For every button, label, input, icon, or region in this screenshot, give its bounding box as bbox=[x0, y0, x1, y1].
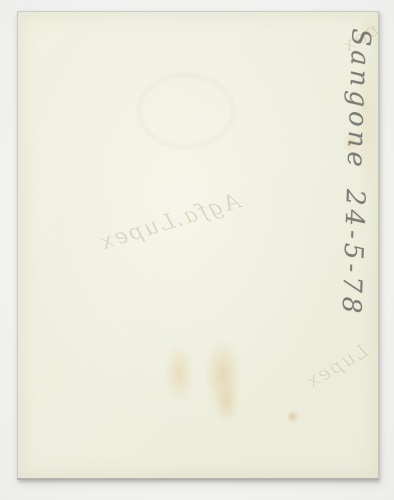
stain bbox=[164, 342, 194, 404]
stain bbox=[286, 410, 299, 423]
photo-back-paper: Lupex Agfa.Lupex Lupex Sangone 24-5-78 bbox=[17, 11, 379, 480]
pressure-mark bbox=[136, 72, 236, 150]
stain bbox=[214, 384, 240, 424]
handwritten-caption: Sangone 24-5-78 bbox=[318, 27, 375, 348]
watermark-agfa-lupex: Agfa.Lupex bbox=[96, 189, 243, 256]
stain bbox=[204, 338, 242, 412]
scanner-background: Lupex Agfa.Lupex Lupex Sangone 24-5-78 bbox=[0, 0, 394, 500]
